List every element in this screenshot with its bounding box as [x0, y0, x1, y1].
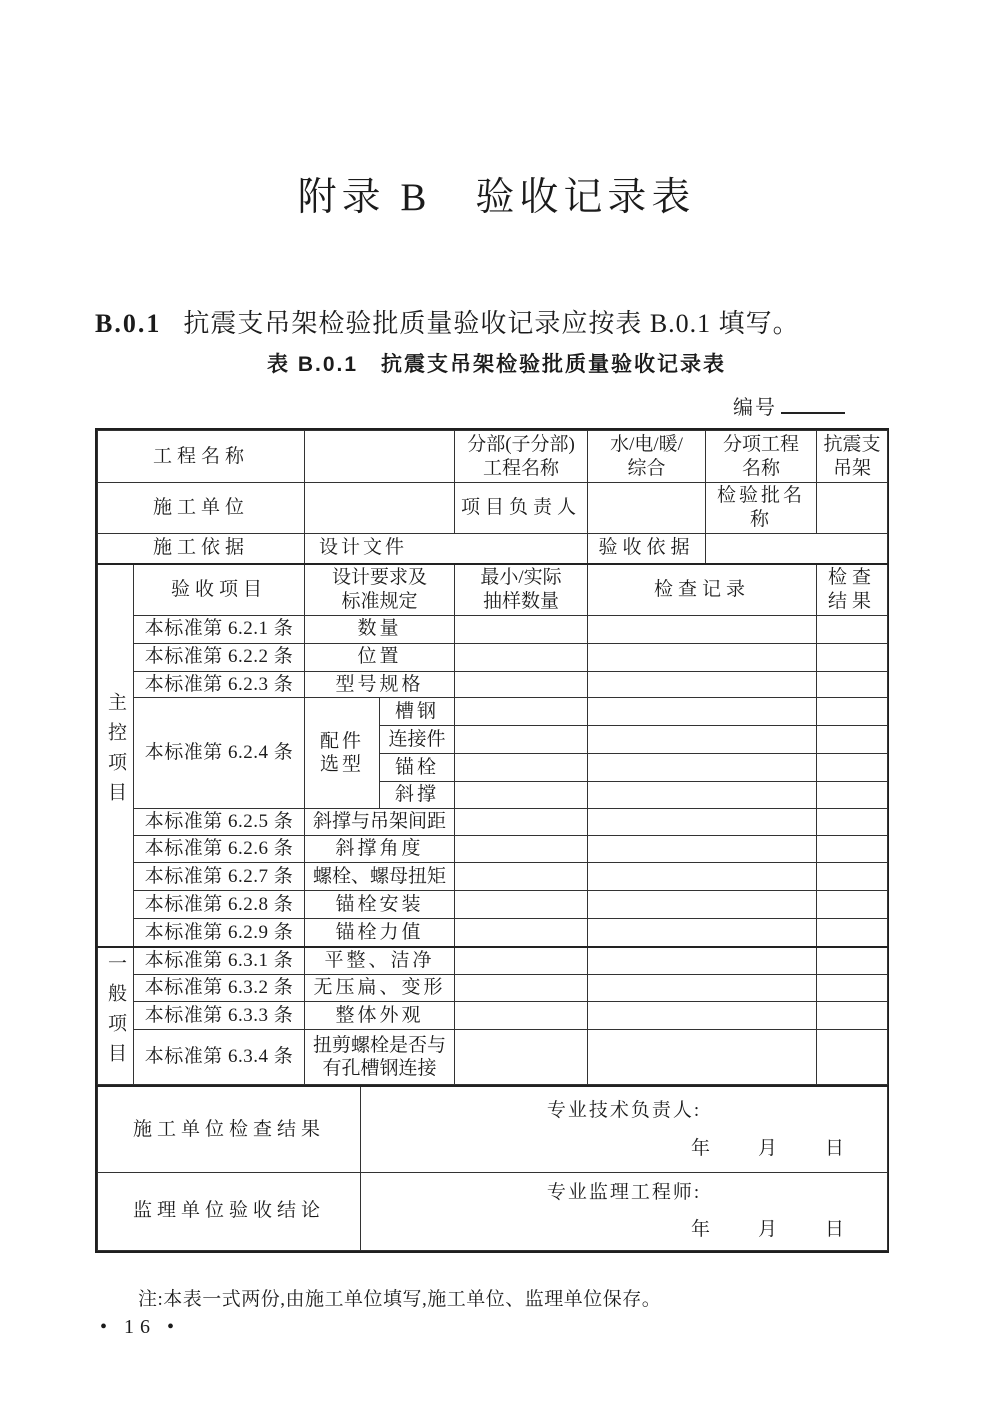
record-cell — [588, 698, 817, 726]
result-cell — [817, 726, 888, 754]
sampling-cell — [455, 975, 588, 1002]
table-caption: 表 B.0.1 抗震支吊架检验批质量验收记录表 — [0, 348, 993, 378]
record-cell — [588, 1030, 817, 1085]
result-cell — [817, 754, 888, 782]
item-cell: 型号规格 — [305, 671, 455, 698]
row-6-2-9: 本标准第 6.2.9 条 锚栓力值 — [98, 919, 888, 947]
result-cell — [817, 919, 888, 947]
record-cell — [588, 671, 817, 698]
subdivision-label-cell: 分部(子分部) 工程名称 — [455, 431, 588, 483]
record-cell — [588, 891, 817, 919]
acceptance-basis-label-cell: 验收依据 — [588, 533, 706, 564]
project-leader-label-cell: 项目负责人 — [455, 483, 588, 534]
item-cell: 整体外观 — [305, 1002, 455, 1030]
std-cell: 本标准第 6.2.6 条 — [134, 836, 305, 863]
std-cell: 本标准第 6.2.9 条 — [134, 919, 305, 947]
item-cell: 数量 — [305, 615, 455, 643]
sub-item-cell: 锚栓 — [380, 754, 455, 782]
date-line: 年月日 — [364, 1137, 884, 1161]
sub-item-cell: 槽钢 — [380, 698, 455, 726]
sampling-cell — [455, 1002, 588, 1030]
record-cell — [588, 863, 817, 891]
serial-label: 编号 — [733, 397, 777, 419]
clause-number: B.0.1 — [95, 309, 161, 338]
item-cell: 位置 — [305, 643, 455, 671]
row-6-2-5: 本标准第 6.2.5 条 斜撑与吊架间距 — [98, 809, 888, 836]
record-cell — [588, 726, 817, 754]
std-cell: 本标准第 6.3.3 条 — [134, 1002, 305, 1030]
project-name-label-cell: 工程名称 — [98, 431, 305, 483]
sub-item-cell: 连接件 — [380, 726, 455, 754]
serial-blank-line — [781, 393, 845, 414]
header-design-req: 设计要求及 标准规定 — [305, 564, 455, 615]
item-cell: 斜撑与吊架间距 — [305, 809, 455, 836]
item-cell-accessory: 配件 选型 — [305, 698, 380, 809]
std-cell: 本标准第 6.3.2 条 — [134, 975, 305, 1002]
clause-text: 抗震支吊架检验批质量验收记录应按表 B.0.1 填写。 — [183, 309, 799, 338]
row-6-2-2: 本标准第 6.2.2 条 位置 — [98, 643, 888, 671]
subitem-value-cell: 抗震支 吊架 — [817, 431, 888, 483]
item-cell: 无压扁、变形 — [305, 975, 455, 1002]
item-cell: 锚栓力值 — [305, 919, 455, 947]
result-cell — [817, 863, 888, 891]
clause-b01: B.0.1抗震支吊架检验批质量验收记录应按表 B.0.1 填写。 — [95, 303, 895, 340]
sampling-cell — [455, 809, 588, 836]
signature-table: 施工单位检查结果 专业技术负责人: 年月日 监理单位验收结论 专业监理工程师: … — [97, 1085, 888, 1251]
item-cell: 斜撑角度 — [305, 836, 455, 863]
record-cell — [588, 975, 817, 1002]
result-cell — [817, 947, 888, 975]
contractor-check-label-cell: 施工单位检查结果 — [98, 1086, 361, 1172]
supervisor-conclusion-label-cell: 监理单位验收结论 — [98, 1172, 361, 1250]
sampling-cell — [455, 643, 588, 671]
group-label-cell-general: 一般项目 — [98, 947, 134, 1085]
contractor-check-sign-cell: 专业技术负责人: 年月日 — [361, 1086, 888, 1172]
row-6-3-4: 本标准第 6.3.4 条 扭剪螺栓是否与 有孔槽钢连接 — [98, 1030, 888, 1085]
result-cell — [817, 975, 888, 1002]
sampling-cell — [455, 726, 588, 754]
record-cell — [588, 947, 817, 975]
row-6-2-6: 本标准第 6.2.6 条 斜撑角度 — [98, 836, 888, 863]
record-cell — [588, 754, 817, 782]
sampling-cell — [455, 836, 588, 863]
record-cell — [588, 643, 817, 671]
row-6-2-1: 本标准第 6.2.1 条 数量 — [98, 615, 888, 643]
sampling-cell — [455, 863, 588, 891]
item-cell: 平整、洁净 — [305, 947, 455, 975]
sampling-cell — [455, 754, 588, 782]
batch-name-label-cell: 检验批名称 — [706, 483, 817, 534]
sub-item-cell: 斜撑 — [380, 782, 455, 809]
std-cell: 本标准第 6.3.1 条 — [134, 947, 305, 975]
sampling-cell — [455, 891, 588, 919]
subitem-label-cell: 分项工程 名称 — [706, 431, 817, 483]
contractor-label-cell: 施工单位 — [98, 483, 305, 534]
row-6-2-3: 本标准第 6.2.3 条 型号规格 — [98, 671, 888, 698]
row-6-3-2: 本标准第 6.3.2 条 无压扁、变形 — [98, 975, 888, 1002]
row-supervisor-conclusion: 监理单位验收结论 专业监理工程师: 年月日 — [98, 1172, 888, 1250]
record-cell — [588, 782, 817, 809]
supervising-engineer-label: 专业监理工程师: — [364, 1181, 884, 1205]
row-contractor-check: 施工单位检查结果 专业技术负责人: 年月日 — [98, 1086, 888, 1172]
std-cell: 本标准第 6.2.4 条 — [134, 698, 305, 809]
construction-basis-label-cell: 施工依据 — [98, 533, 305, 564]
std-cell: 本标准第 6.2.2 条 — [134, 643, 305, 671]
row-6-3-3: 本标准第 6.3.3 条 整体外观 — [98, 1002, 888, 1030]
result-cell — [817, 1002, 888, 1030]
std-cell: 本标准第 6.2.8 条 — [134, 891, 305, 919]
row-section-header: 主控项目 验收项目 设计要求及 标准规定 最小/实际 抽样数量 检查记录 检查 … — [98, 564, 888, 615]
item-cell: 锚栓安装 — [305, 891, 455, 919]
header-record: 检查记录 — [588, 564, 817, 615]
record-cell — [588, 836, 817, 863]
page-number: • 16 • — [100, 1316, 180, 1339]
sampling-cell — [455, 671, 588, 698]
result-cell — [817, 891, 888, 919]
std-cell: 本标准第 6.2.7 条 — [134, 863, 305, 891]
result-cell — [817, 1030, 888, 1085]
sampling-cell — [455, 1030, 588, 1085]
sampling-cell — [455, 615, 588, 643]
sampling-cell — [455, 919, 588, 947]
item-cell: 螺栓、螺母扭矩 — [305, 863, 455, 891]
header-result: 检查 结果 — [817, 564, 888, 615]
table-footnote: 注:本表一式两份,由施工单位填写,施工单位、监理单位保存。 — [138, 1284, 661, 1311]
header-acceptance-item: 验收项目 — [134, 564, 305, 615]
page-title: 附录 B 验收记录表 — [0, 166, 993, 222]
result-cell — [817, 643, 888, 671]
acceptance-basis-value-cell — [706, 533, 888, 564]
std-cell: 本标准第 6.2.5 条 — [134, 809, 305, 836]
std-cell: 本标准第 6.2.1 条 — [134, 615, 305, 643]
date-line: 年月日 — [364, 1218, 884, 1242]
design-doc-cell: 设计文件 — [305, 533, 588, 564]
std-cell: 本标准第 6.3.4 条 — [134, 1030, 305, 1085]
row-6-2-8: 本标准第 6.2.8 条 锚栓安装 — [98, 891, 888, 919]
row-6-2-7: 本标准第 6.2.7 条 螺栓、螺母扭矩 — [98, 863, 888, 891]
result-cell — [817, 671, 888, 698]
acceptance-record-table: 工程名称 分部(子分部) 工程名称 水/电/暖/ 综合 分项工程 名称 抗震支 … — [95, 428, 889, 1253]
record-cell — [588, 809, 817, 836]
row-6-3-1: 一般项目 本标准第 6.3.1 条 平整、洁净 — [98, 947, 888, 975]
batch-name-value-cell — [817, 483, 888, 534]
result-cell — [817, 836, 888, 863]
row-contractor: 施工单位 项目负责人 检验批名称 — [98, 483, 888, 534]
serial-number: 编号 — [733, 391, 845, 420]
sampling-cell — [455, 947, 588, 975]
sampling-cell — [455, 698, 588, 726]
result-cell — [817, 698, 888, 726]
record-cell — [588, 615, 817, 643]
std-cell: 本标准第 6.2.3 条 — [134, 671, 305, 698]
main-table: 工程名称 分部(子分部) 工程名称 水/电/暖/ 综合 分项工程 名称 抗震支 … — [97, 430, 888, 1085]
row-basis: 施工依据 设计文件 验收依据 — [98, 533, 888, 564]
row-project-name: 工程名称 分部(子分部) 工程名称 水/电/暖/ 综合 分项工程 名称 抗震支 … — [98, 431, 888, 483]
item-cell: 扭剪螺栓是否与 有孔槽钢连接 — [305, 1030, 455, 1085]
contractor-value-cell — [305, 483, 455, 534]
supervisor-sign-cell: 专业监理工程师: 年月日 — [361, 1172, 888, 1250]
subdivision-value-cell: 水/电/暖/ 综合 — [588, 431, 706, 483]
technical-director-label: 专业技术负责人: — [364, 1099, 884, 1123]
result-cell — [817, 809, 888, 836]
header-sampling: 最小/实际 抽样数量 — [455, 564, 588, 615]
row-6-2-4-1: 本标准第 6.2.4 条 配件 选型 槽钢 — [98, 698, 888, 726]
result-cell — [817, 615, 888, 643]
result-cell — [817, 782, 888, 809]
record-cell — [588, 1002, 817, 1030]
project-leader-value-cell — [588, 483, 706, 534]
record-cell — [588, 919, 817, 947]
sampling-cell — [455, 782, 588, 809]
group-label-cell-main: 主控项目 — [98, 564, 134, 947]
project-name-value-cell — [305, 431, 455, 483]
